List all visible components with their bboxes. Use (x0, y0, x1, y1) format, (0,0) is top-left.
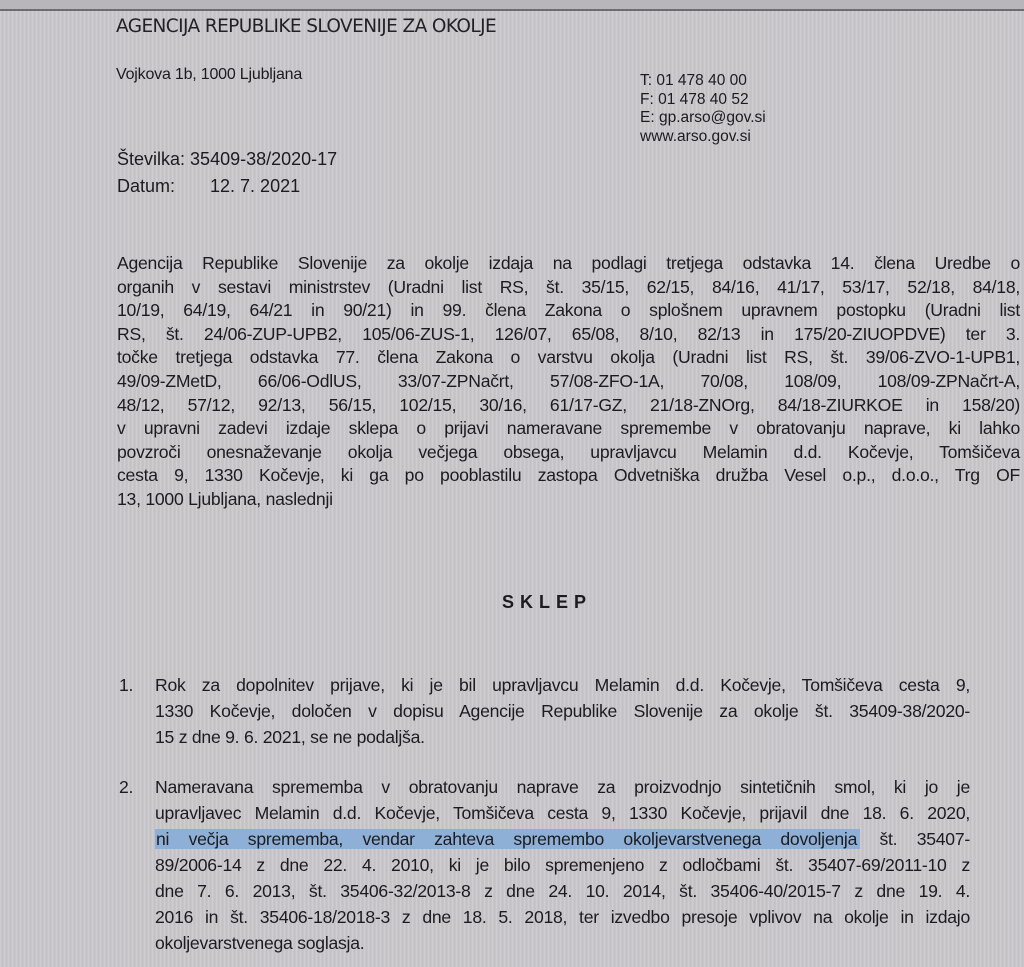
item-line: dne 7. 6. 2013, št. 35406-32/2013-8 z dn… (155, 878, 970, 904)
item-line: 1330 Kočevje, določen v dopisu Agencije … (155, 698, 970, 724)
intro-line: organih v sestavi ministrstev (Uradni li… (117, 276, 1020, 300)
document-page: AGENCIJA REPUBLIKE SLOVENIJE ZA OKOLJE V… (0, 0, 1024, 967)
reference-date-value: 12. 7. 2021 (210, 176, 300, 196)
contact-website[interactable]: www.arso.gov.si (640, 128, 766, 147)
decision-title: SKLEP (502, 592, 592, 613)
intro-line: 13, 1000 Ljubljana, naslednji (117, 488, 1020, 512)
intro-paragraph: Agencija Republike Slovenije za okolje i… (117, 252, 1020, 512)
contact-phone: T: 01 478 40 00 (640, 72, 766, 91)
intro-line: točke tretjega odstavka 77. člena Zakona… (117, 346, 1020, 370)
intro-line: 49/09-ZMetD, 66/06-OdlUS, 33/07-ZPNačrt,… (117, 370, 1020, 394)
reference-date-row: Datum: 12. 7. 2021 (117, 173, 337, 200)
agency-name: AGENCIJA REPUBLIKE SLOVENIJE ZA OKOLJE (116, 16, 496, 37)
intro-line: v upravni zadevi izdaje sklepa o prijavi… (117, 417, 1020, 441)
intro-line: povzroči onesnaževanje okolja večjega ob… (117, 441, 1020, 465)
item-number: 1. (119, 672, 133, 698)
item-line: 15 z dne 9. 6. 2021, se ne podaljša. (155, 724, 970, 750)
item-body: Nameravana sprememba v obratovanju napra… (155, 774, 970, 956)
item-line: Rok za dopolnitev prijave, ki je bil upr… (155, 672, 970, 698)
reference-number-value: 35409-38/2020-17 (190, 149, 337, 169)
item-line: 89/2006-14 z dne 22. 4. 2010, ki je bilo… (155, 852, 970, 878)
item-number: 2. (119, 774, 133, 800)
intro-line: Agencija Republike Slovenije za okolje i… (117, 252, 1020, 276)
reference-block: Številka: 35409-38/2020-17 Datum: 12. 7.… (117, 146, 337, 200)
contact-block: T: 01 478 40 00 F: 01 478 40 52 E: gp.ar… (640, 72, 766, 146)
reference-number-label: Številka: (117, 146, 185, 173)
item-line: okoljevarstvenega soglasja. (155, 930, 970, 956)
item-line-tail: št. 35407- (860, 829, 970, 849)
reference-date-label: Datum: (117, 173, 205, 200)
item-line-highlighted[interactable]: ni večja sprememba, vendar zahteva sprem… (155, 826, 970, 852)
item-line: 2016 in št. 35406-18/2018-3 z dne 18. 5.… (155, 904, 970, 930)
contact-fax: F: 01 478 40 52 (640, 91, 766, 110)
text-selection-highlight[interactable]: ni večja sprememba, vendar zahteva sprem… (155, 829, 860, 849)
intro-line: RS, št. 24/06-ZUP-UPB2, 105/06-ZUS-1, 12… (117, 323, 1020, 347)
intro-line: cesta 9, 1330 Kočevje, ki ga po pooblast… (117, 464, 1020, 488)
intro-line: 10/19, 64/19, 64/21 in 90/21) in 99. čle… (117, 299, 1020, 323)
agency-address: Vojkova 1b, 1000 Ljubljana (116, 66, 302, 84)
item-line: upravljavec Melamin d.d. Kočevje, Tomšič… (155, 800, 970, 826)
reference-number-row: Številka: 35409-38/2020-17 (117, 146, 337, 173)
contact-email[interactable]: E: gp.arso@gov.si (640, 109, 766, 128)
item-line: Nameravana sprememba v obratovanju napra… (155, 774, 970, 800)
item-body: Rok za dopolnitev prijave, ki je bil upr… (155, 672, 970, 750)
intro-line: 48/12, 57/12, 92/13, 56/15, 102/15, 30/1… (117, 394, 1020, 418)
